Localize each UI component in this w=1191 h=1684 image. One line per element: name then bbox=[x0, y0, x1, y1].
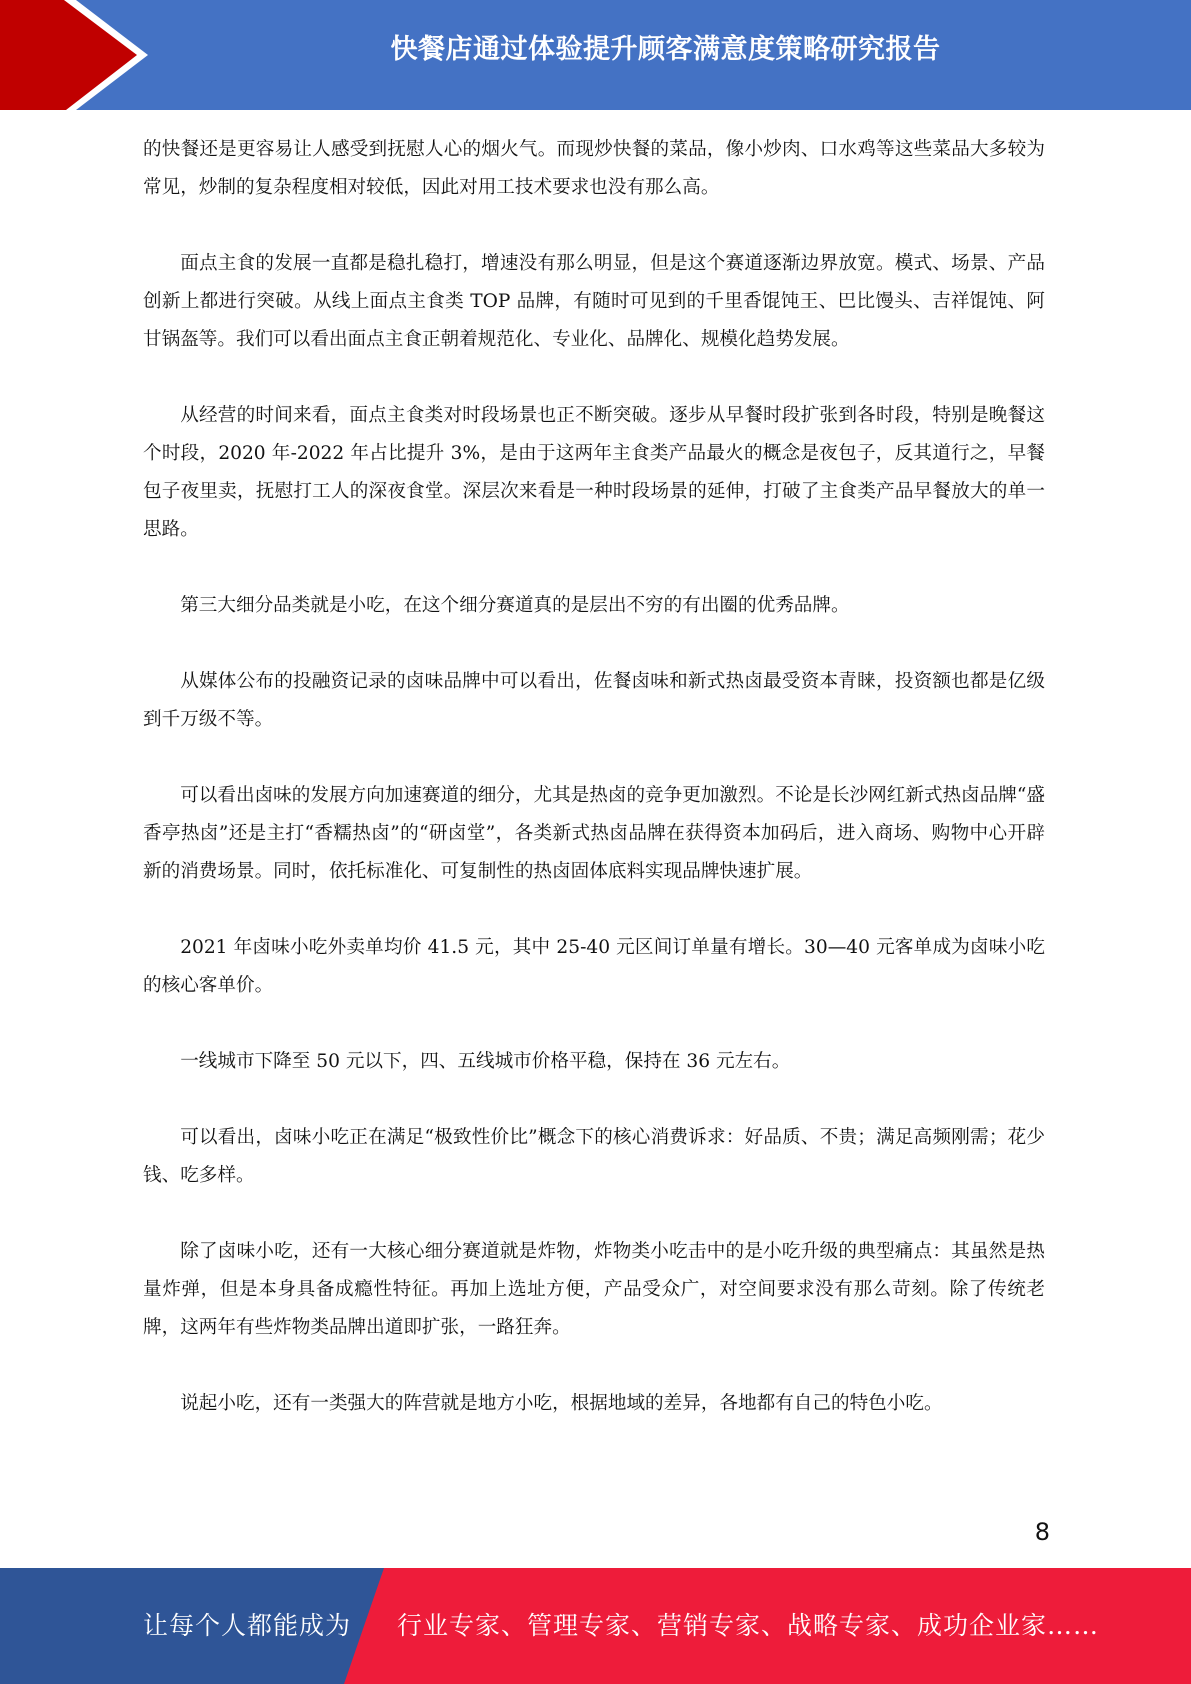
paragraph: 的快餐还是更容易让人感受到抚慰人心的烟火气。而现炒快餐的菜品，像小炒肉、口水鸡等… bbox=[143, 131, 1045, 207]
paragraph: 可以看出卤味的发展方向加速赛道的细分，尤其是热卤的竞争更加激烈。不论是长沙网红新… bbox=[143, 777, 1045, 891]
paragraph: 一线城市下降至 50 元以下，四、五线城市价格平稳，保持在 36 元左右。 bbox=[143, 1043, 1045, 1081]
paragraph: 从媒体公布的投融资记录的卤味品牌中可以看出，佐餐卤味和新式热卤最受资本青睐，投资… bbox=[143, 663, 1045, 739]
paragraph: 说起小吃，还有一类强大的阵营就是地方小吃，根据地域的差异，各地都有自己的特色小吃… bbox=[143, 1385, 1045, 1423]
document-body: 的快餐还是更容易让人感受到抚慰人心的烟火气。而现炒快餐的菜品，像小炒肉、口水鸡等… bbox=[143, 131, 1045, 1461]
paragraph: 面点主食的发展一直都是稳扎稳打，增速没有那么明显，但是这个赛道逐渐边界放宽。模式… bbox=[143, 245, 1045, 359]
paragraph: 2021 年卤味小吃外卖单均价 41.5 元，其中 25-40 元区间订单量有增… bbox=[143, 929, 1045, 1005]
report-title: 快餐店通过体验提升顾客满意度策略研究报告 bbox=[140, 0, 1191, 100]
paragraph: 可以看出，卤味小吃正在满足“极致性价比”概念下的核心消费诉求：好品质、不贵；满足… bbox=[143, 1119, 1045, 1195]
page-header: 快餐店通过体验提升顾客满意度策略研究报告 bbox=[0, 0, 1191, 110]
footer-slogan-roles: 行业专家、管理专家、营销专家、战略专家、成功企业家…… bbox=[397, 1568, 1099, 1684]
header-arrow-decoration bbox=[0, 0, 160, 110]
footer-slogan-lead: 让每个人都能成为 bbox=[143, 1568, 351, 1684]
page-footer: 让每个人都能成为 行业专家、管理专家、营销专家、战略专家、成功企业家…… bbox=[0, 1568, 1191, 1684]
paragraph: 第三大细分品类就是小吃，在这个细分赛道真的是层出不穷的有出圈的优秀品牌。 bbox=[143, 587, 1045, 625]
page-number: 8 bbox=[1020, 1518, 1050, 1546]
paragraph: 除了卤味小吃，还有一大核心细分赛道就是炸物，炸物类小吃击中的是小吃升级的典型痛点… bbox=[143, 1233, 1045, 1347]
paragraph: 从经营的时间来看，面点主食类对时段场景也正不断突破。逐步从早餐时段扩张到各时段，… bbox=[143, 397, 1045, 549]
